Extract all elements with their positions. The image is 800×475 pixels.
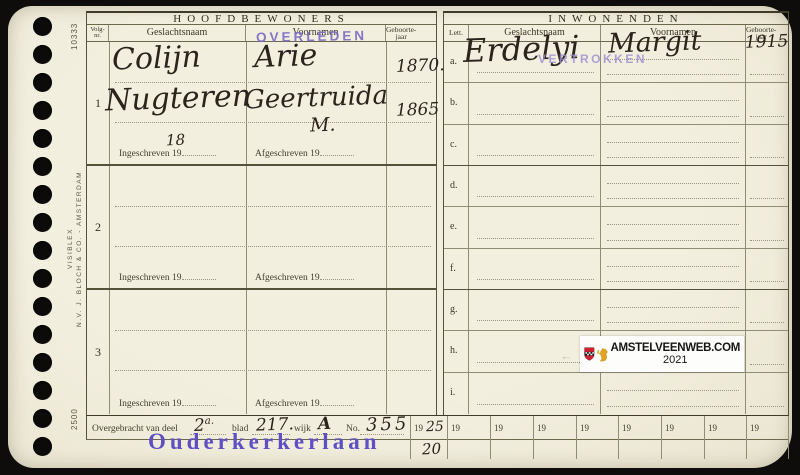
hw-voornaam-2: Geertruida [244, 82, 389, 113]
punch-hole [33, 269, 52, 288]
hoofdbewoners-block-3: 3 Ingeschreven 19 Afgeschreven 19 [87, 290, 436, 414]
hw-geslachtsnaam-2: Nugteren [105, 81, 252, 116]
card-serial-bottom: 2500 [70, 394, 79, 430]
volgnr: 3 [87, 345, 109, 360]
hw-geboortejaar-2: 1865 [396, 101, 440, 119]
year-cell-label: 19 [750, 423, 759, 433]
printer-name: N.V. J. BLOCH & CO. - AMSTERDAM [76, 171, 83, 327]
punch-hole [33, 17, 52, 36]
street-name-stamp: Ouderkerkerlaan [148, 430, 381, 453]
afgeschreven-label: Afgeschreven 19 [255, 399, 354, 409]
punch-hole [33, 157, 52, 176]
punch-hole [33, 73, 52, 92]
row-letter: f. [444, 249, 469, 289]
punch-hole [33, 381, 52, 400]
afgeschreven-label: Afgeschreven 19 [255, 273, 354, 283]
row-letter: g. [444, 290, 469, 330]
hw-geslachtsnaam-1: Colijn [112, 42, 202, 75]
register-card: 10333 VISIBLEX N.V. J. BLOCH & CO. - AMS… [8, 6, 792, 468]
hw-voornaam-2-suffix: M. [310, 116, 336, 136]
row-letter: b. [444, 83, 469, 123]
year-cell-label: 19 [708, 423, 717, 433]
inwonenden-row-f: f. [444, 249, 788, 290]
year-cell-below-value: 20 [422, 442, 442, 458]
inwonenden-row-g: g. [444, 290, 788, 331]
year-cell-label: 19 [665, 423, 674, 433]
punch-hole [33, 241, 52, 260]
watermark-year: 2021 [611, 354, 741, 366]
inwonenden-row-c: c. [444, 125, 788, 166]
inwonenden-row-i: i. [444, 373, 788, 414]
hw-inwonende-geboortejaar: 1915 [745, 33, 789, 51]
year-cell-label: 19 [537, 423, 546, 433]
hw-geboortejaar-1: 1870. [396, 57, 445, 76]
year-cell-label: 19 [414, 423, 423, 433]
row-letter: e. [444, 207, 469, 247]
year-cell-label: 19 [580, 423, 589, 433]
col-volgnr: Volg-nr. [87, 25, 109, 41]
amstelveen-shield-icon [584, 342, 595, 366]
faint-arrow-mark: ← [560, 348, 573, 364]
year-cell-label: 19 [451, 423, 460, 433]
card-serial-top: 10333 [70, 10, 79, 50]
punch-hole [33, 129, 52, 148]
ingeschreven-label: Ingeschreven 19 [119, 399, 216, 409]
hoofdbewoners-title: HOOFDBEWONERS [87, 13, 436, 25]
punch-hole [33, 213, 52, 232]
hoofdbewoners-block-2: 2 Ingeschreven 19 Afgeschreven 19 [87, 166, 436, 290]
printer-brand: VISIBLEX [67, 229, 74, 270]
punch-hole-column [33, 17, 52, 456]
punch-hole [33, 409, 52, 428]
row-letter: c. [444, 125, 469, 165]
inwonenden-row-d: d. [444, 166, 788, 207]
amstelveenweb-watermark: AMSTELVEENWEB.COM 2021 [580, 336, 744, 372]
punch-hole [33, 353, 52, 372]
vertrokken-stamp: VERTROKKEN [538, 53, 647, 65]
row-letter: h. [444, 331, 469, 371]
punch-hole [33, 297, 52, 316]
row-letter: d. [444, 166, 469, 206]
year-cell-label: 19 [494, 423, 503, 433]
lion-icon [597, 341, 609, 367]
row-letter: i. [444, 373, 469, 414]
inwonenden-row-e: e. [444, 207, 788, 248]
hw-ingeschreven-year: 18 [166, 133, 186, 149]
ingeschreven-label: Ingeschreven 19 [119, 149, 216, 159]
inwonenden-row-b: b. [444, 83, 788, 124]
punch-hole [33, 325, 52, 344]
watermark-site: AMSTELVEENWEB.COM [611, 342, 741, 354]
hw-voornaam-1: Arie [253, 41, 317, 73]
afgeschreven-label: Afgeschreven 19 [255, 149, 354, 159]
inwonenden-title: INWONENDEN [444, 13, 788, 25]
year-cell-label: 19 [622, 423, 631, 433]
year-cell-value: 25 [426, 420, 444, 435]
ingeschreven-label: Ingeschreven 19 [119, 273, 216, 283]
overleden-stamp: OVERLEDEN [256, 29, 367, 44]
col-geslachtsnaam: Geslachtsnaam [109, 25, 246, 41]
printer-imprint: VISIBLEX N.V. J. BLOCH & CO. - AMSTERDAM [66, 164, 84, 334]
col-geboortejaar: Geboorte-jaar [386, 25, 416, 41]
punch-hole [33, 45, 52, 64]
volgnr: 2 [87, 220, 109, 235]
punch-hole [33, 437, 52, 456]
punch-hole [33, 185, 52, 204]
punch-hole [33, 101, 52, 120]
